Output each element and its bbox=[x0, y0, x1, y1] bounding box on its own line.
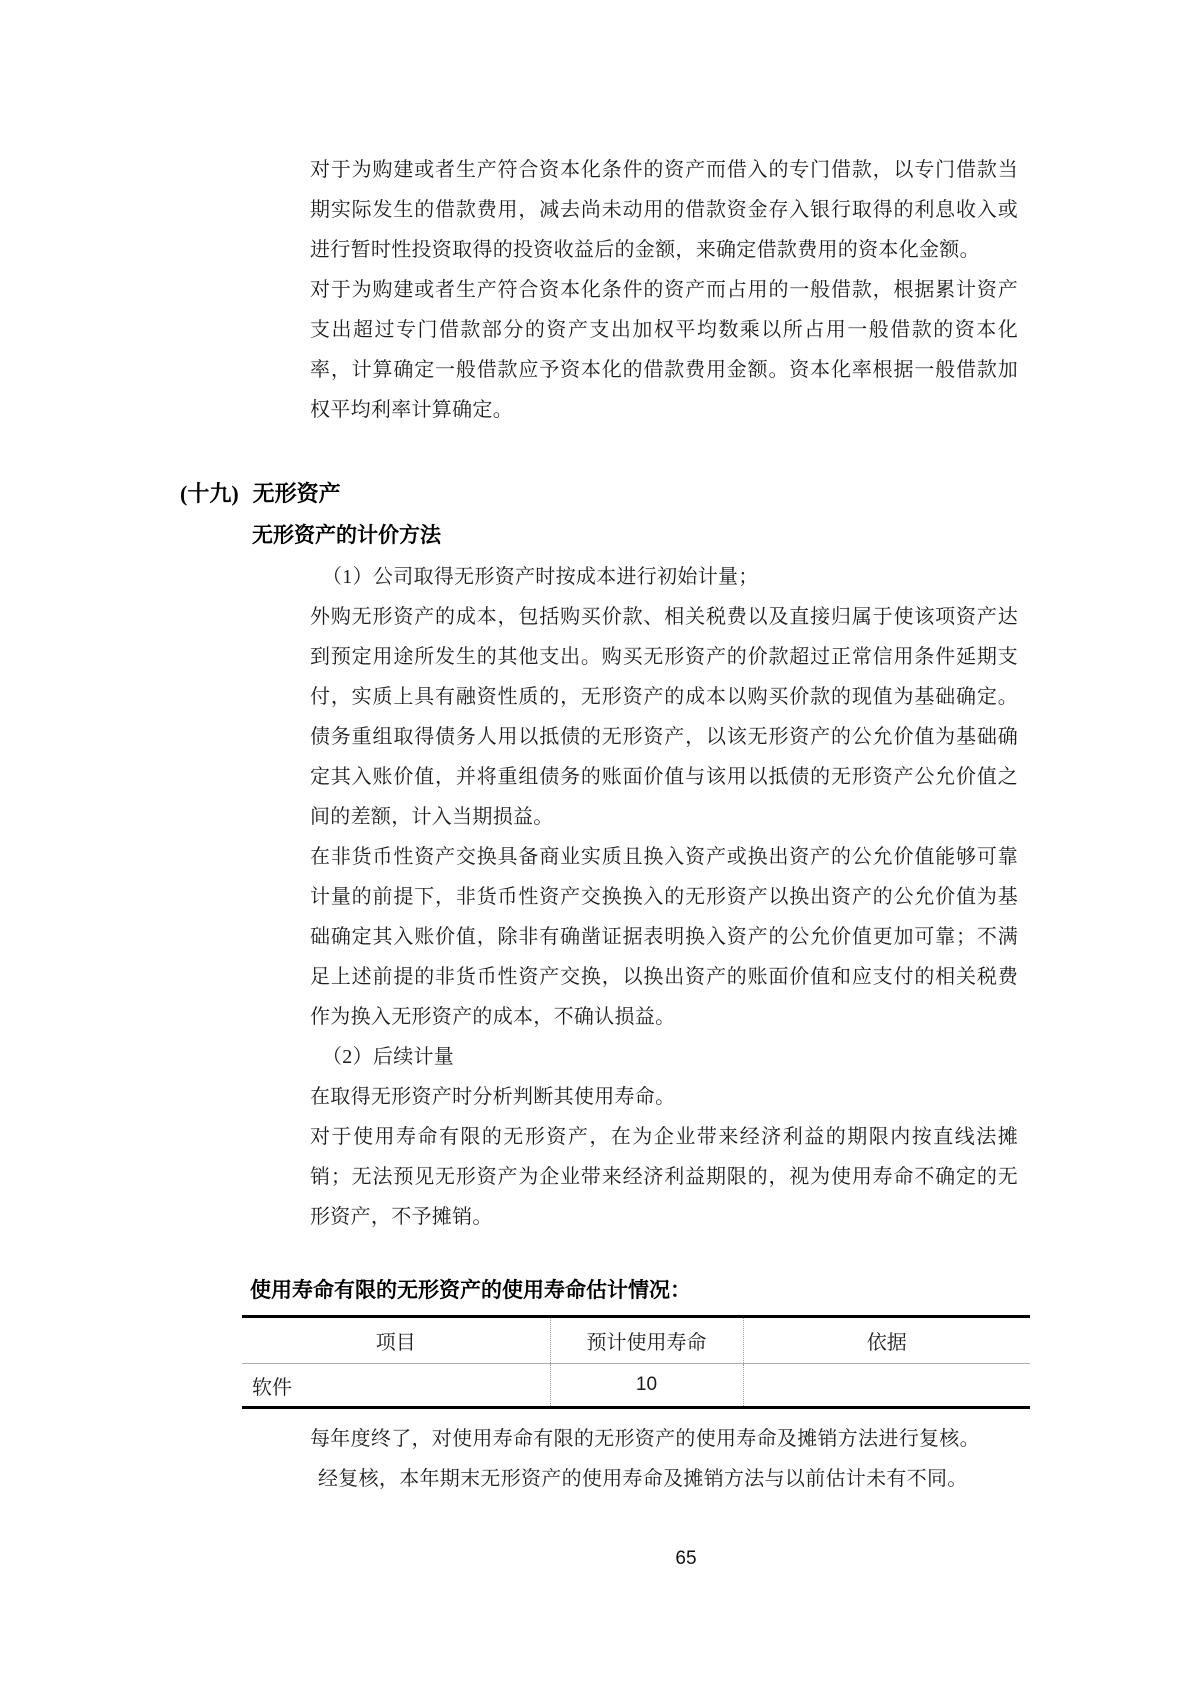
paragraph-purchased-intangibles: 外购无形资产的成本，包括购买价款、相关税费以及直接归属于使该项资产达到预定用途所… bbox=[310, 597, 1018, 837]
page-number: 65 bbox=[666, 1548, 706, 1570]
paragraph-general-borrowings: 对于为购建或者生产符合资本化条件的资产而占用的一般借款，根据累计资产支出超过专门… bbox=[310, 270, 1018, 430]
paragraph-subsequent-measurement: （2）后续计量 bbox=[310, 1037, 1018, 1077]
paragraph-nonmonetary-exchange: 在非货币性资产交换具备商业实质且换入资产或换出资产的公允价值能够可靠计量的前提下… bbox=[310, 837, 1018, 1037]
paragraph-review-result: 经复核，本年期末无形资产的使用寿命及摊销方法与以前估计未有不同。 bbox=[310, 1459, 1018, 1499]
intangible-assets-body: （1）公司取得无形资产时按成本进行初始计量； 外购无形资产的成本，包括购买价款、… bbox=[310, 557, 1018, 1237]
table-row-software: 软件 10 bbox=[242, 1364, 1030, 1408]
useful-life-table: 项目 预计使用寿命 依据 软件 10 bbox=[242, 1315, 1030, 1409]
cell-basis bbox=[743, 1364, 1030, 1408]
section-heading: (十九)无形资产 bbox=[180, 474, 1200, 514]
table-title: 使用寿命有限的无形资产的使用寿命估计情况： bbox=[250, 1271, 1200, 1309]
paragraph-special-borrowings: 对于为购建或者生产符合资本化条件的资产而借入的专门借款，以专门借款当期实际发生的… bbox=[310, 150, 1018, 270]
closing-paragraphs: 每年度终了，对使用寿命有限的无形资产的使用寿命及摊销方法进行复核。 经复核，本年… bbox=[310, 1419, 1018, 1499]
table-header-row: 项目 预计使用寿命 依据 bbox=[242, 1317, 1030, 1364]
paragraph-initial-measurement: （1）公司取得无形资产时按成本进行初始计量； bbox=[310, 557, 1018, 597]
paragraph-useful-life-judgement: 在取得无形资产时分析判断其使用寿命。 bbox=[310, 1077, 1018, 1117]
column-header-item: 项目 bbox=[242, 1317, 550, 1364]
section-subtitle: 无形资产的计价方法 bbox=[252, 515, 1200, 555]
section-number: (十九) bbox=[180, 481, 239, 506]
cell-estimated-life: 10 bbox=[550, 1364, 743, 1408]
paragraph-annual-review: 每年度终了，对使用寿命有限的无形资产的使用寿命及摊销方法进行复核。 bbox=[310, 1419, 1018, 1459]
borrowing-cost-paragraphs: 对于为购建或者生产符合资本化条件的资产而借入的专门借款，以专门借款当期实际发生的… bbox=[310, 0, 1018, 430]
document-page: 对于为购建或者生产符合资本化条件的资产而借入的专门借款，以专门借款当期实际发生的… bbox=[0, 0, 1200, 1696]
column-header-estimated-life: 预计使用寿命 bbox=[550, 1317, 743, 1364]
column-header-basis: 依据 bbox=[743, 1317, 1030, 1364]
paragraph-amortization-policy: 对于使用寿命有限的无形资产，在为企业带来经济利益的期限内按直线法摊销；无法预见无… bbox=[310, 1117, 1018, 1237]
cell-item: 软件 bbox=[242, 1364, 550, 1408]
section-title: 无形资产 bbox=[253, 481, 341, 506]
